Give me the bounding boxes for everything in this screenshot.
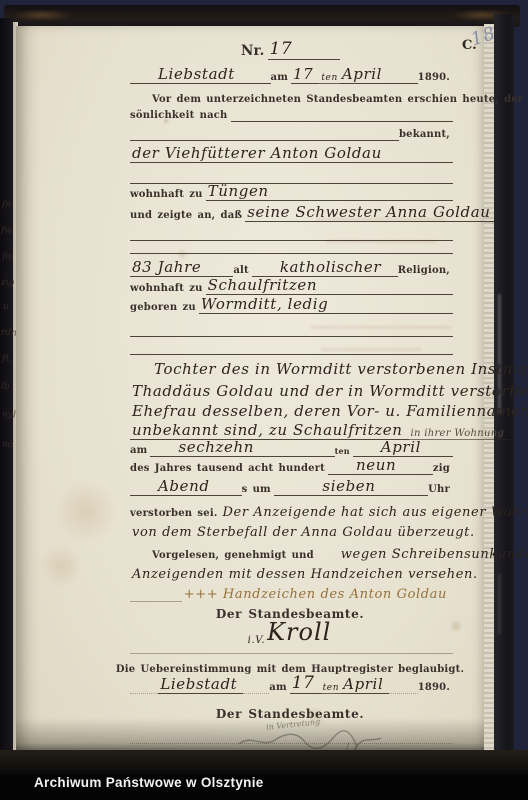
header-month: April [340, 65, 388, 84]
closing-line-1: Vorgelesen, genehmigt und wegen Schreibe… [130, 542, 453, 562]
blank-rule [130, 325, 453, 337]
witness-text: Der Anzeigende hat sich aus eigener Wahr… [221, 505, 528, 520]
header-year: 1890. [418, 72, 453, 84]
rule-segment [388, 160, 453, 163]
margin-fragment: nd [2, 440, 14, 451]
verstorben-label: verstorben sei. [130, 508, 221, 520]
birthplace-row: geboren zu Wormditt, ledig [130, 296, 453, 314]
rule-segment [216, 493, 242, 496]
certification-year: 1890. [418, 682, 453, 694]
age-religion-row: 83 Jahre alt katholischer Religion, [130, 257, 453, 277]
margin-fragment: nyl [2, 410, 16, 421]
zeigte-an-label: und zeigte an, daß [130, 210, 245, 222]
intro-line-2: sönlichkeit nach [130, 104, 453, 122]
header-day: 17 [291, 65, 319, 84]
header-place: Liebstadt [156, 65, 241, 84]
witness-line-2: von dem Sterbefall der Anna Goldau überz… [130, 520, 453, 540]
rule-segment [130, 599, 182, 602]
book-bottom-edge [0, 750, 528, 775]
bekannt-label: bekannt, [399, 129, 453, 141]
uhr-label: Uhr [428, 484, 453, 496]
record-number: 17 [268, 39, 299, 60]
deceased-relation: seine Schwester Anna Goldau [245, 203, 496, 222]
margin-fragment: zig [1, 278, 15, 289]
margin-fragment: ft. [2, 354, 12, 365]
declarant-row: der Viehfütterer Anton Goldau [130, 143, 453, 163]
margin-fragment: u [3, 302, 9, 312]
margin-fragment: fin [2, 252, 14, 263]
rule-segment [298, 57, 340, 60]
registrar-signature-row: i.V. Kroll [130, 620, 453, 646]
witness-text: von dem Sterbefall der Anna Goldau überz… [130, 525, 481, 540]
declarant-name: der Viehfütterer Anton Goldau [130, 144, 388, 163]
archive-name: Archiwum Państwowe w Olsztynie [0, 775, 528, 790]
rule-segment [275, 198, 453, 201]
parents-text: Thaddäus Goldau und der in Wormditt vers… [130, 382, 528, 400]
s-um-label: s um [242, 484, 274, 496]
registrar-signature: Kroll [265, 618, 337, 646]
parents-text: Ehefrau desselben, deren Vor- u. Familie… [130, 402, 528, 420]
religion-label: Religion, [398, 265, 453, 277]
blank-rule [130, 343, 453, 355]
rule-segment [130, 138, 399, 141]
closing-hw: wegen Schreibensunkunde des [317, 547, 528, 562]
rule-segment [130, 493, 156, 496]
zig-label: zig [433, 463, 453, 475]
rule-segment [241, 81, 271, 84]
declarant-residence-row: wohnhaft zu Tüngen [130, 183, 453, 201]
rule-segment [130, 334, 453, 337]
am-label: am [271, 72, 291, 84]
deceased-residence: Schaulfritzen [206, 276, 324, 295]
blank-rule [130, 242, 453, 254]
rule-segment [382, 493, 429, 496]
am-label: am [269, 682, 289, 694]
cover-wear-streak [498, 574, 501, 634]
persoenlichkeit-label: sönlichkeit nach [130, 110, 231, 122]
handzeichen-mark: +++ Handzeichen des Anton Goldau [182, 587, 453, 602]
margin-fragment: fn [2, 200, 12, 211]
rule-segment [328, 472, 354, 475]
archive-watermark-bar: Archiwum Państwowe w Olsztynie [0, 775, 528, 800]
margin-fragment: rdn [1, 327, 18, 338]
rule-segment [274, 493, 321, 496]
rule-segment [334, 311, 453, 314]
witness-line-1: verstorben sei. Der Anzeigende hat sich … [130, 500, 453, 520]
declarant-residence: Tüngen [206, 182, 275, 201]
rule-segment [389, 691, 417, 694]
rule-segment [130, 81, 156, 84]
parents-text: Tochter des in Wormditt verstorbenen Ins… [130, 360, 528, 378]
handzeichen-row: +++ Handzeichen des Anton Goldau [130, 582, 453, 602]
rule-segment [243, 691, 269, 694]
wohnhaft-label: wohnhaft zu [130, 189, 206, 201]
wohnhaft-label: wohnhaft zu [130, 283, 206, 295]
certification-day: 17 [290, 673, 321, 694]
vorgelesen-label: Vorgelesen, genehmigt und [130, 550, 317, 562]
blank-rule [130, 229, 453, 241]
rule-segment [388, 81, 418, 84]
death-day-row: am sechzehn ten April [130, 437, 453, 457]
margin-fragment: lb [1, 382, 10, 393]
iv-abbrev: i.V. [246, 635, 265, 646]
rule-segment [130, 238, 453, 241]
time-of-day: Abend [156, 477, 216, 496]
margin-fragment: fw [1, 226, 13, 237]
parents-line-3: Ehefrau desselben, deren Vor- u. Familie… [130, 400, 453, 420]
death-time-row: Abend s um sieben Uhr [130, 476, 453, 496]
rule-segment [323, 292, 453, 295]
parents-line-1: Tochter des in Wormditt verstorbenen Ins… [130, 358, 453, 378]
parents-line-2: Thaddäus Goldau und der in Wormditt vers… [130, 380, 453, 400]
deceased-residence-row: wohnhaft zu Schaulfritzen [130, 277, 453, 295]
announcement-row: und zeigte an, daß seine Schwester Anna … [130, 204, 453, 222]
certification-place: Liebstadt [158, 675, 243, 694]
cover-corner-left [12, 9, 72, 21]
certification-date-row: Liebstadt am 17ten April 1890. [130, 672, 453, 694]
rule-segment [130, 691, 158, 694]
date-suffix: ten [319, 73, 340, 84]
death-hour: sieben [320, 477, 381, 496]
date-suffix: ten [321, 683, 342, 694]
certification-month: April [341, 675, 389, 694]
book-cover-top [4, 5, 520, 27]
header-date-row: Liebstadt am 17ten April 1890. [130, 62, 453, 84]
year-prefix-label: des Jahres tausend acht hundert [130, 463, 328, 475]
rule-segment [130, 352, 453, 355]
bekannt-row: bekannt, [130, 123, 453, 141]
closing-line-2: Anzeigenden mit dessen Handzeichen verse… [130, 562, 453, 582]
death-year-row: des Jahres tausend acht hundert neun zig [130, 455, 453, 475]
deceased-religion: katholischer [278, 258, 387, 277]
blank-rule [130, 646, 453, 654]
death-year-word: neun [354, 456, 402, 475]
closing-hw: Anzeigenden mit dessen Handzeichen verse… [130, 567, 484, 582]
rule-segment [130, 651, 453, 654]
record-number-row: Nr. 17 [241, 38, 344, 60]
deceased-birthplace: Wormditt, ledig [199, 295, 335, 314]
rule-segment [231, 119, 453, 122]
geboren-label: geboren zu [130, 302, 199, 314]
nr-label: Nr. [241, 43, 268, 60]
deceased-age: 83 Jahre [130, 258, 207, 277]
rule-segment [130, 251, 453, 254]
rule-segment [402, 472, 433, 475]
register-page: C. 18 Nr. 17 Liebstadt am 17ten April 18… [16, 26, 484, 756]
